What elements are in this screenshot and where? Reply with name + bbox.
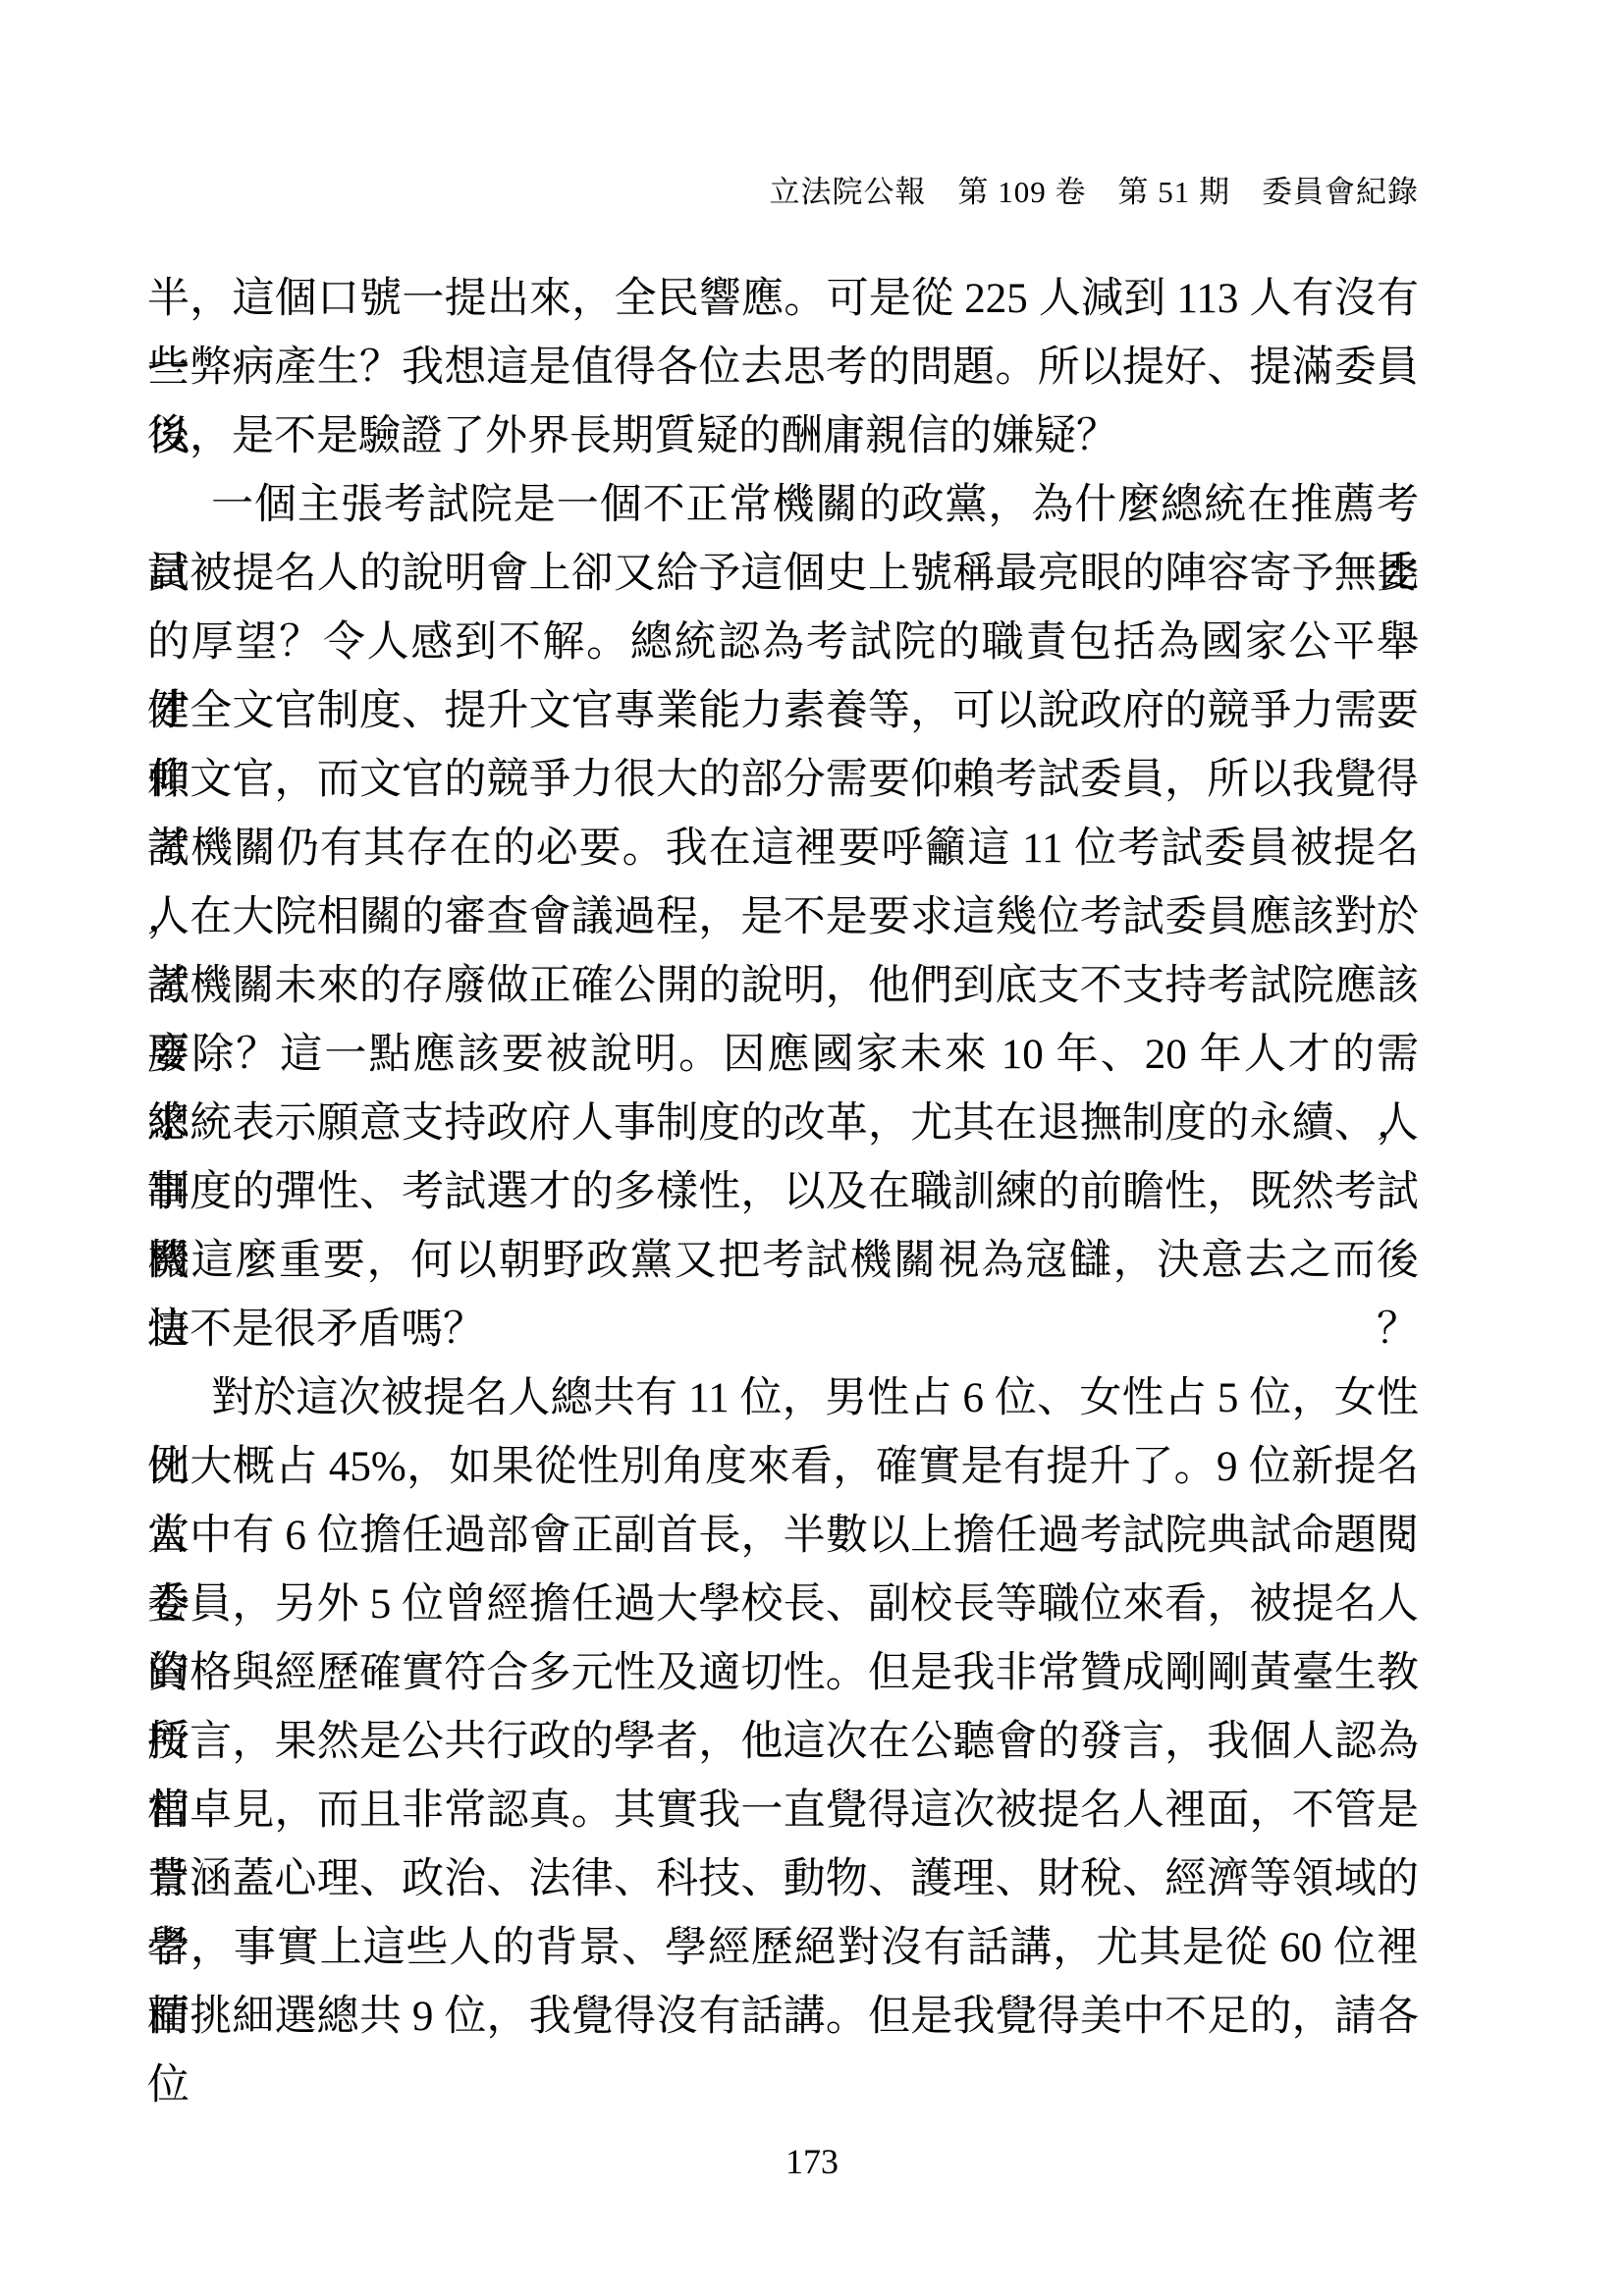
text-line: 健全文官制度、提升文官專業能力素養等，可以說政府的競爭力需要仰 <box>147 677 1419 746</box>
text-line: 些弊病產生？我想這是值得各位去思考的問題。所以提好、提滿委員以 <box>147 334 1419 402</box>
text-line: 員被提名人的說明會上卻又給予這個史上號稱最亮眼的陣容寄予無比 <box>147 540 1419 609</box>
text-line: 當中有 6 位擔任過部會正副首長，半數以上擔任過考試院典試命題閱卷 <box>147 1502 1419 1571</box>
text-line: 試機關未來的存廢做正確公開的說明，他們到底支不支持考試院應該要 <box>147 952 1419 1021</box>
page-number: 173 <box>0 2140 1624 2183</box>
text-line: 景涵蓋心理、政治、法律、科技、動物、護理、財稅、經濟等領域的學 <box>147 1845 1419 1914</box>
text-line: 精挑細選總共 9 位，我覺得沒有話講。但是我覺得美中不足的，請各位 <box>147 1983 1419 2052</box>
text-line: ，在大院相關的審查會議過程，是不是要求這幾位考試委員應該對於考 <box>147 883 1419 952</box>
text-line: 者，事實上這些人的背景、學經歷絕對沒有話講，尤其是從 60 位裡面 <box>147 1914 1419 1983</box>
text-line: 一個主張考試院是一個不正常機關的政黨，為什麼總統在推薦考試委 <box>147 471 1419 540</box>
text-line: 的厚望？令人感到不解。總統認為考試院的職責包括為國家公平舉才、 <box>147 609 1419 677</box>
text-line: 所言，果然是公共行政的學者，他這次在公聽會的發言，我個人認為相 <box>147 1708 1419 1777</box>
text-line: 廢除？這一點應該要被說明。因應國家未來 10 年、20 年人才的需求， <box>147 1021 1419 1090</box>
text-line: 資格與經歷確實符合多元性及適切性。但是我非常贊成剛剛黃臺生教授 <box>147 1639 1419 1708</box>
text-line: 賴文官，而文官的競爭力很大的部分需要仰賴考試委員，所以我覺得考 <box>147 746 1419 815</box>
text-block: 半，這個口號一提出來，全民響應。可是從 225 人減到 113 人有沒有一些弊病… <box>147 265 1419 2052</box>
text-line: 當卓見，而且非常認真。其實我一直覺得這次被提名人裡面，不管是背 <box>147 1777 1419 1845</box>
text-line: 總統表示願意支持政府人事制度的改革，尤其在退撫制度的永續、人事 <box>147 1090 1419 1158</box>
text-line: 委員，另外 5 位曾經擔任過大學校長、副校長等職位來看，被提名人的 <box>147 1571 1419 1639</box>
document-page: 立法院公報 第 109 卷 第 51 期 委員會紀錄 半，這個口號一提出來，全民… <box>0 0 1624 2296</box>
text-line: 對於這次被提名人總共有 11 位，男性占 6 位、女性占 5 位，女性比 <box>147 1364 1419 1433</box>
text-line: 例大概占 45%，如果從性別角度來看，確實是有提升了。9 位新提名人 <box>147 1433 1419 1502</box>
text-line: 後，是不是驗證了外界長期質疑的酬庸親信的嫌疑？ <box>147 402 1419 471</box>
text-line: 試機關仍有其存在的必要。我在這裡要呼籲這 11 位考試委員被提名人 <box>147 815 1419 883</box>
text-line: 關這麼重要，何以朝野政黨又把考試機關視為寇讎，決意去之而後快？ <box>147 1227 1419 1296</box>
running-header: 立法院公報 第 109 卷 第 51 期 委員會紀錄 <box>147 175 1419 210</box>
text-line: 半，這個口號一提出來，全民響應。可是從 225 人減到 113 人有沒有一 <box>147 265 1419 334</box>
text-line: 制度的彈性、考試選才的多樣性，以及在職訓練的前瞻性，既然考試機 <box>147 1158 1419 1227</box>
